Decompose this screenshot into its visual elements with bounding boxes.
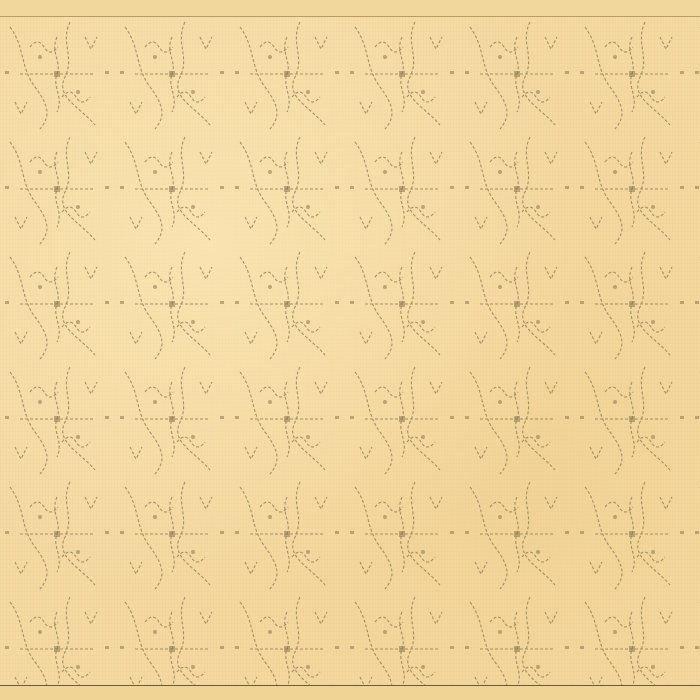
rug-field-pattern <box>0 17 700 686</box>
rug-photo <box>0 0 700 700</box>
vine-pattern <box>0 17 700 686</box>
rug-top-border <box>0 0 700 17</box>
rug-bottom-border <box>0 685 700 700</box>
